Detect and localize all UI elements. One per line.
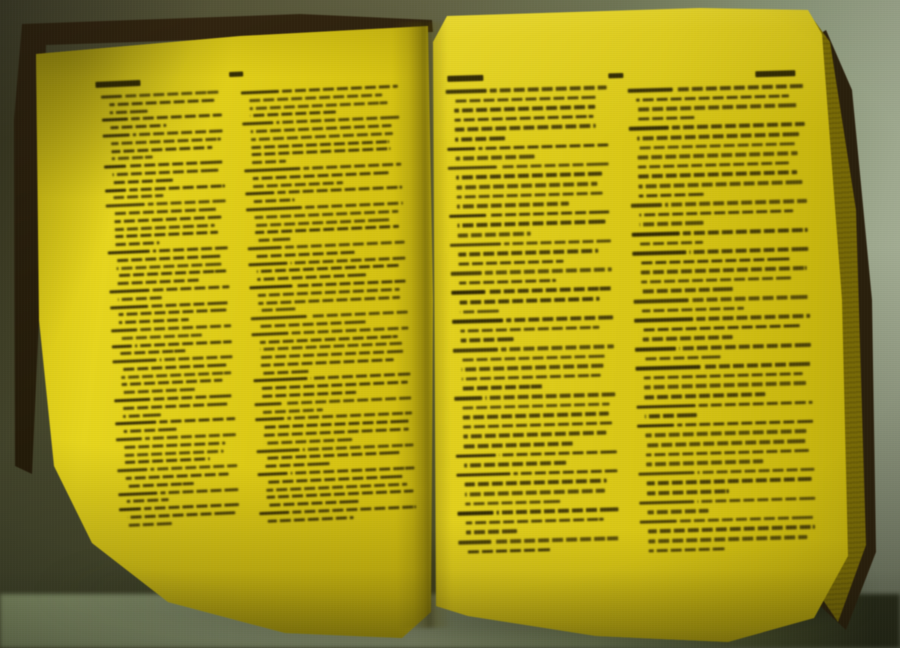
text-line: [628, 93, 810, 102]
dictionary-entry: [453, 344, 620, 391]
definition-ink: [122, 388, 197, 394]
text-line: [449, 191, 615, 199]
definition-ink: [456, 182, 597, 190]
definition-ink: [121, 371, 231, 379]
text-line: [637, 419, 819, 428]
definition-ink: [277, 186, 402, 194]
text-line: [455, 421, 621, 429]
dictionary-entry: [255, 396, 417, 414]
definition-ink: [125, 90, 221, 97]
text-line: [452, 306, 618, 314]
definition-ink: [153, 394, 234, 401]
definition-ink: [116, 262, 221, 270]
text-line: [120, 519, 243, 527]
definition-ink: [159, 355, 232, 361]
text-line: [640, 535, 822, 544]
definition-ink: [258, 288, 400, 297]
text-line: [639, 496, 821, 505]
headword-ink: [251, 331, 288, 336]
dictionary-entry: [251, 310, 413, 328]
text-line: [119, 511, 242, 519]
text-line: [449, 220, 615, 228]
definition-ink: [464, 441, 575, 448]
definition-ink: [310, 373, 410, 380]
text-line: [446, 85, 612, 93]
text-line: [457, 498, 623, 506]
definition-ink: [504, 239, 611, 246]
dictionary-entry: [458, 536, 624, 554]
text-column: [446, 85, 627, 615]
definition-ink: [123, 402, 230, 410]
definition-ink: [262, 391, 356, 398]
text-line: [629, 113, 811, 122]
headword-ink: [631, 203, 662, 207]
definition-ink: [460, 297, 600, 304]
dictionary-entry: [106, 199, 231, 246]
dictionary-entry: [456, 450, 622, 468]
dictionary-entry: [251, 326, 415, 375]
definition-ink: [127, 511, 235, 519]
text-line: [116, 433, 239, 441]
text-line: [452, 325, 618, 333]
definition-ink: [259, 320, 367, 328]
definition-ink: [464, 461, 566, 467]
headword-ink: [457, 511, 493, 516]
text-line: [114, 394, 237, 402]
definition-ink: [484, 268, 611, 275]
definition-ink: [647, 477, 812, 485]
headword-ink: [456, 453, 496, 458]
definition-ink: [113, 178, 176, 184]
definition-ink: [124, 428, 177, 433]
definition-ink: [648, 535, 807, 543]
text-line: [117, 456, 240, 464]
definition-ink: [110, 109, 148, 114]
definition-ink: [460, 309, 499, 314]
definition-ink: [458, 249, 598, 257]
definition-ink: [117, 279, 201, 286]
definition-ink: [463, 402, 610, 410]
definition-ink: [648, 525, 815, 533]
headword-ink: [245, 192, 274, 196]
text-line: [117, 449, 240, 457]
definition-ink: [704, 362, 812, 369]
definition-ink: [649, 547, 725, 553]
dictionary-entry: [118, 488, 241, 504]
definition-ink: [672, 122, 805, 129]
headword-ink: [638, 471, 694, 476]
dictionary-entry: [110, 301, 234, 325]
definition-ink: [258, 308, 295, 313]
definition-ink: [117, 270, 227, 278]
text-line: [628, 103, 810, 112]
definition-ink: [461, 364, 603, 372]
dictionary-entry: [635, 362, 818, 399]
text-line: [453, 354, 619, 362]
definition-ink: [641, 266, 807, 274]
text-line: [115, 402, 238, 410]
dictionary-entry: [451, 287, 618, 314]
definition-ink: [455, 136, 505, 141]
text-line: [632, 247, 814, 256]
text-line: [630, 180, 812, 189]
definition-ink: [113, 194, 163, 199]
text-line: [631, 189, 813, 198]
text-line: [454, 383, 620, 391]
headword-ink: [116, 437, 142, 441]
text-line: [453, 335, 619, 343]
headword-ink: [241, 90, 279, 95]
dictionary-entry: [640, 515, 823, 552]
text-line: [446, 104, 612, 112]
definition-ink: [644, 372, 803, 380]
text-line: [458, 517, 624, 525]
guide-word: [447, 75, 483, 82]
definition-ink: [456, 172, 602, 180]
text-column: [101, 90, 246, 593]
definition-ink: [646, 439, 807, 447]
definition-ink: [250, 101, 388, 110]
headword-ink: [458, 540, 491, 545]
text-line: [114, 379, 237, 387]
headword-ink: [451, 290, 485, 295]
text-line: [451, 287, 617, 295]
definition-ink: [292, 505, 416, 513]
text-line: [639, 477, 821, 486]
text-line: [635, 343, 817, 352]
headword-ink: [118, 491, 157, 496]
definition-ink: [463, 421, 612, 429]
definition-ink: [467, 548, 552, 554]
dictionary-entry: [117, 464, 241, 488]
text-line: [628, 84, 810, 93]
dictionary-entry: [119, 503, 243, 527]
text-line: [456, 440, 622, 448]
definition-ink: [145, 433, 236, 440]
definition-ink: [645, 413, 697, 418]
definition-ink: [456, 155, 535, 161]
text-line: [452, 296, 618, 304]
headword-ink: [637, 423, 674, 428]
text-line: [116, 441, 239, 449]
headword-ink: [255, 402, 282, 406]
text-line: [639, 487, 821, 496]
headword-ink: [105, 188, 126, 192]
text-line: [108, 254, 231, 262]
text-line: [453, 344, 619, 352]
text-line: [630, 151, 812, 160]
dictionary-entry: [257, 443, 420, 469]
definition-ink: [689, 247, 808, 254]
headword-ink: [446, 89, 487, 94]
text-line: [448, 162, 614, 170]
definition-ink: [641, 287, 734, 293]
text-line: [109, 285, 232, 293]
definition-ink: [126, 482, 194, 488]
definition-ink: [636, 103, 797, 111]
headword-ink: [635, 347, 676, 352]
definition-ink: [489, 210, 610, 217]
definition-ink: [303, 163, 401, 170]
text-line: [109, 277, 232, 285]
dictionary-entry: [449, 210, 616, 237]
definition-ink: [122, 379, 223, 386]
definition-ink: [255, 218, 391, 227]
text-line: [636, 371, 818, 380]
text-line: [635, 352, 817, 361]
definition-ink: [112, 156, 153, 161]
definition-ink: [131, 114, 222, 121]
text-line: [106, 207, 229, 215]
definition-ink: [125, 458, 210, 465]
text-line: [632, 237, 814, 246]
definition-ink: [133, 129, 223, 136]
text-line: [636, 381, 818, 390]
text-line: [104, 153, 227, 161]
definition-ink: [463, 412, 609, 420]
text-line: [629, 122, 811, 131]
definition-ink: [639, 209, 793, 217]
definition-ink: [150, 464, 237, 471]
definition-ink: [111, 137, 221, 145]
definition-ink: [119, 318, 189, 324]
definition-ink: [254, 198, 295, 203]
definition-ink: [637, 142, 795, 150]
dictionary-entry: [115, 417, 238, 433]
definition-ink: [159, 418, 235, 424]
text-line: [450, 239, 616, 247]
definition-ink: [291, 466, 414, 474]
headword-ink: [632, 231, 680, 236]
text-line: [641, 544, 823, 553]
definition-ink: [644, 392, 765, 399]
dictionary-entry: [631, 199, 814, 227]
dictionary-entry: [638, 467, 821, 495]
dictionary-entry: [258, 466, 421, 507]
left-page-text-block: [93, 60, 431, 595]
headword-ink: [257, 448, 300, 453]
definition-ink: [490, 85, 606, 92]
definition-ink: [501, 344, 614, 351]
definition-ink: [140, 324, 231, 331]
definition-ink: [261, 358, 394, 367]
text-line: [103, 145, 226, 153]
dictionary-entry: [253, 373, 416, 399]
definition-ink: [124, 441, 225, 448]
definition-ink: [251, 140, 389, 149]
definition-ink: [152, 285, 229, 291]
headword-ink: [242, 121, 273, 125]
headword-ink: [248, 261, 287, 266]
dictionary-entry: [248, 256, 411, 282]
text-line: [450, 229, 616, 237]
definition-ink: [264, 438, 352, 445]
text-line: [448, 152, 614, 160]
definition-ink: [153, 246, 228, 252]
definition-ink: [252, 160, 286, 164]
guide-word: [95, 80, 140, 88]
definition-ink: [461, 338, 514, 343]
text-line: [449, 210, 615, 218]
dictionary-entry: [101, 90, 225, 114]
text-line: [631, 208, 813, 217]
definition-ink: [465, 489, 605, 496]
text-line: [451, 277, 617, 285]
dictionary-entry: [447, 143, 613, 161]
definition-ink: [129, 184, 225, 191]
definition-ink: [125, 449, 224, 456]
definition-ink: [637, 132, 799, 140]
definition-ink: [310, 311, 408, 318]
definition-ink: [494, 536, 619, 543]
definition-ink: [290, 256, 405, 264]
dictionary-entry: [639, 496, 821, 514]
dictionary-entry: [102, 114, 225, 130]
definition-ink: [161, 488, 239, 494]
definition-ink: [257, 273, 366, 281]
dictionary-entry: [629, 122, 813, 198]
headword-ink: [249, 284, 292, 289]
dictionary-entry: [116, 433, 240, 465]
text-line: [640, 515, 822, 524]
definition-ink: [644, 381, 806, 389]
definition-ink: [112, 169, 218, 177]
text-line: [639, 506, 821, 515]
text-line: [101, 90, 224, 98]
definition-ink: [115, 223, 216, 230]
dictionary-entry: [637, 400, 819, 418]
dictionary-entry: [628, 84, 811, 121]
definition-ink: [641, 257, 792, 265]
dictionary-entry: [632, 228, 814, 246]
text-line: [636, 391, 818, 400]
headword-ink: [628, 88, 674, 93]
headword-ink: [640, 519, 677, 524]
definition-ink: [265, 462, 332, 468]
definition-ink: [699, 400, 813, 407]
definition-ink: [256, 250, 357, 257]
definition-ink: [697, 468, 814, 475]
definition-ink: [120, 349, 188, 355]
definition-ink: [696, 314, 810, 321]
text-line: [638, 448, 820, 457]
headword-ink: [111, 328, 137, 332]
dictionary-entry: [255, 412, 418, 445]
headword-ink: [451, 271, 482, 275]
definition-ink: [466, 517, 604, 524]
text-line: [634, 324, 816, 333]
text-line: [448, 172, 614, 180]
definition-ink: [115, 241, 159, 246]
headword-ink: [634, 298, 689, 303]
headword-ink: [449, 214, 486, 219]
definition-ink: [461, 354, 606, 362]
text-line: [113, 371, 236, 379]
headword-ink: [639, 500, 694, 505]
text-line: [107, 231, 230, 239]
text-line: [101, 98, 224, 106]
text-line: [105, 184, 228, 192]
definition-ink: [128, 522, 174, 527]
text-line: [638, 458, 820, 467]
dictionary-entry: [108, 246, 232, 286]
definition-ink: [479, 143, 608, 150]
definition-ink: [268, 516, 354, 523]
text-line: [456, 450, 622, 458]
text-line: [448, 181, 614, 189]
definition-ink: [643, 335, 733, 341]
definition-ink: [466, 529, 517, 534]
definition-ink: [277, 116, 400, 124]
definition-ink: [642, 306, 744, 312]
dictionary-entry: [245, 186, 407, 204]
headword-ink: [117, 468, 147, 472]
definition-ink: [645, 429, 806, 437]
text-line: [634, 314, 816, 323]
text-line: [102, 121, 225, 129]
headword-ink: [253, 377, 307, 382]
definition-ink: [646, 448, 809, 456]
text-line: [119, 495, 242, 503]
dictionary-entry: [634, 314, 817, 342]
headword-ink: [447, 147, 475, 151]
text-line: [108, 262, 231, 270]
headword-ink: [629, 126, 669, 131]
definition-ink: [250, 111, 336, 118]
dictionary-entry: [241, 84, 404, 117]
text-line: [638, 467, 820, 476]
text-line: [457, 478, 623, 486]
text-column: [628, 84, 825, 613]
definition-ink: [111, 145, 212, 152]
dictionary-entry: [446, 85, 613, 141]
text-line: [457, 488, 623, 496]
dictionary-entry: [242, 116, 406, 165]
text-line: [633, 256, 815, 265]
dictionary-entry: [451, 268, 617, 286]
definition-ink: [458, 259, 563, 266]
text-line: [452, 315, 618, 323]
text-line: [450, 248, 616, 256]
text-line: [633, 266, 815, 275]
dictionary-entry: [635, 343, 817, 361]
definition-ink: [128, 161, 223, 168]
text-line: [105, 192, 228, 200]
text-line: [453, 363, 619, 371]
text-line: [106, 199, 229, 207]
headword-ink: [119, 508, 141, 512]
definition-ink: [296, 279, 407, 287]
definition-ink: [253, 181, 343, 188]
text-line: [119, 503, 242, 511]
text-line: [447, 133, 613, 141]
definition-ink: [147, 199, 225, 205]
text-line: [449, 200, 615, 208]
definition-ink: [263, 408, 323, 414]
definition-ink: [676, 84, 804, 91]
open-book: [0, 0, 900, 648]
text-line: [103, 137, 226, 145]
headword-ink: [102, 118, 128, 122]
dictionary-entry: [249, 279, 412, 312]
text-line: [118, 480, 241, 488]
dictionary-entry: [114, 394, 238, 418]
definition-ink: [457, 191, 603, 199]
page-number: [229, 71, 243, 77]
text-line: [634, 304, 816, 313]
definition-ink: [638, 171, 797, 179]
text-line: [457, 507, 623, 515]
